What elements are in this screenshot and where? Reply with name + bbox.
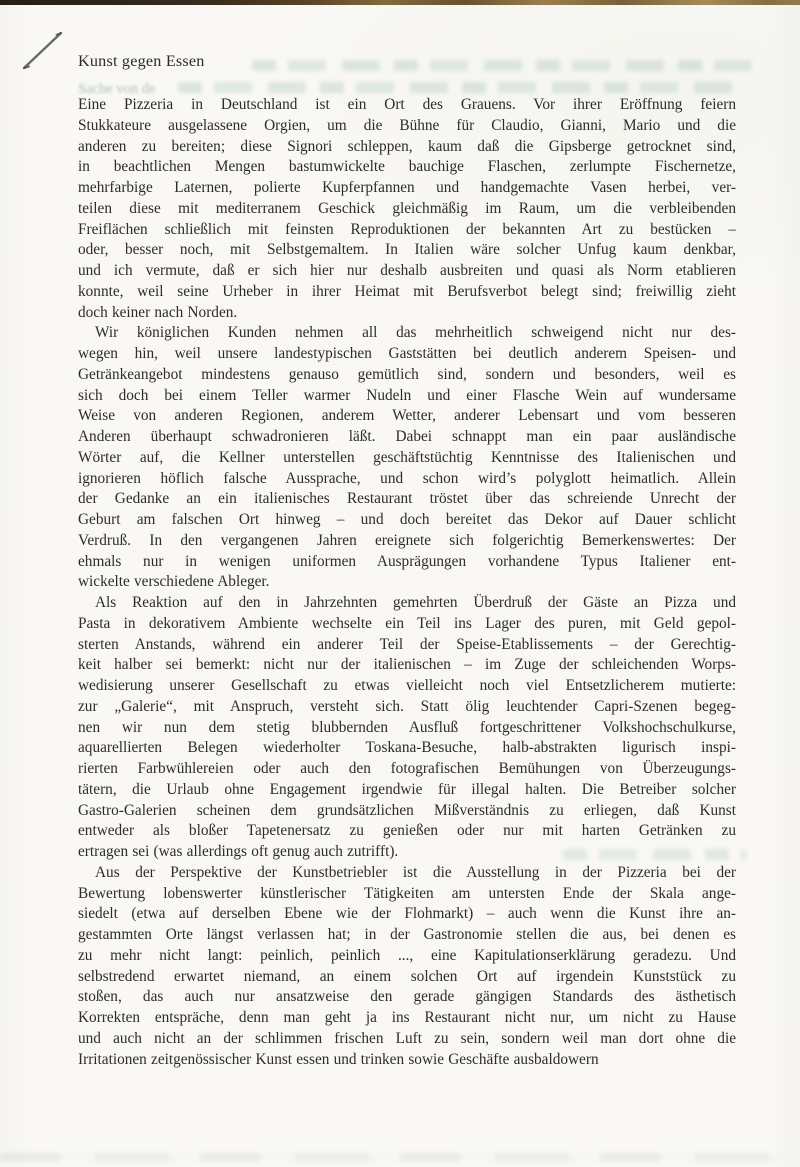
text-line: Aus der Perspektive der Kunstbetriebler … <box>78 863 736 884</box>
text-line: Pasta in dekorativem Ambiente wechselte … <box>78 614 736 635</box>
bleedthrough-ghost-line <box>252 60 752 71</box>
text-line: stoßen, das auch nur ansatzweise den ger… <box>78 987 736 1008</box>
text-line: siedelt (etwa auf derselben Ebene wie de… <box>78 904 736 925</box>
text-line: tätern, die Urlaub ohne Engagement irgen… <box>78 780 736 801</box>
text-line: wedisierung unserer Gesellschaft zu etwa… <box>78 676 736 697</box>
text-line: in beachtlichen Mengen bastumwickelte ba… <box>78 157 736 178</box>
text-line: anderen zu bereiten; diese Signori schle… <box>78 137 736 158</box>
text-line: rierten Farbwühlereien oder auch den fot… <box>78 759 736 780</box>
text-line: Gastro-Galerien scheinen dem grundsätzli… <box>78 801 736 822</box>
text-line: Als Reaktion auf den in Jahrzehnten geme… <box>78 593 736 614</box>
text-line: mehrfarbige Laternen, polierte Kupferpfa… <box>78 178 736 199</box>
text-line: Geburt am falschen Ort hinweg – und doch… <box>78 510 736 531</box>
text-line: Weise von anderen Regionen, anderem Wett… <box>78 406 736 427</box>
pen-mark-stroke <box>10 20 80 90</box>
page-title: Kunst gegen Essen <box>78 52 205 71</box>
scanned-document-page: Sache von de Kunst gegen Essen Eine Pizz… <box>0 0 800 1167</box>
paragraph: Als Reaktion auf den in Jahrzehnten geme… <box>78 593 736 863</box>
text-line: selbstredend erwartet niemand, an einem … <box>78 967 736 988</box>
text-line: ertragen sei (was allerdings oft genug a… <box>78 842 736 863</box>
paragraph: Eine Pizzeria in Deutschland ist ein Ort… <box>78 95 736 323</box>
text-line: zur „Galerie“, mit Anspruch, versteht si… <box>78 697 736 718</box>
text-line: Wörter auf, die Kellner unterstellen ges… <box>78 448 736 469</box>
text-line: doch keiner nach Norden. <box>78 303 736 324</box>
text-line: Stukkateure ausgelassene Orgien, um die … <box>78 116 736 137</box>
text-line: Korrekten entspräche, denn man geht ja i… <box>78 1008 736 1029</box>
scan-bottom-artifact <box>0 1153 792 1162</box>
text-line: nen wir nun dem stetig blubbernden Ausfl… <box>78 718 736 739</box>
text-line: aquarellierten Belegen wiederholter Tosk… <box>78 738 736 759</box>
text-line: teilen diese mit mediterranem Geschick g… <box>78 199 736 220</box>
body-text: Eine Pizzeria in Deutschland ist ein Ort… <box>78 95 736 1070</box>
text-line: und auch nicht an der schlimmen frischen… <box>78 1029 736 1050</box>
text-line: konnte, weil seine Urheber in ihrer Heim… <box>78 282 736 303</box>
text-line: ehmals nur in wenigen uniformen Ausprägu… <box>78 552 736 573</box>
text-line: Eine Pizzeria in Deutschland ist ein Ort… <box>78 95 736 116</box>
text-line: entweder als bloßer Tapetenersatz zu gen… <box>78 821 736 842</box>
text-line: oder, besser noch, mit Selbstgemaltem. I… <box>78 240 736 261</box>
text-line: zu mehr nicht langt: peinlich, peinlich … <box>78 946 736 967</box>
text-line: Irritationen zeitgenössischer Kunst esse… <box>78 1050 736 1071</box>
text-line: sterten Anstands, während ein anderer Te… <box>78 635 736 656</box>
text-line: Freiflächen schließlich mit feinsten Rep… <box>78 220 736 241</box>
text-line: wegen hin, weil unsere landestypischen G… <box>78 344 736 365</box>
paragraph: Wir königlichen Kunden nehmen all das me… <box>78 323 736 593</box>
text-line: Getränkeangebot mindestens genauso gemüt… <box>78 365 736 386</box>
text-line: keit halber sei bemerkt: nicht nur der i… <box>78 655 736 676</box>
paragraph: Aus der Perspektive der Kunstbetriebler … <box>78 863 736 1071</box>
text-line: und ich vermute, daß er sich hier nur de… <box>78 261 736 282</box>
scan-edge-artifact <box>0 0 800 5</box>
text-line: Anderen überhaupt schwadronieren läßt. D… <box>78 427 736 448</box>
bleedthrough-ghost-line <box>178 82 738 93</box>
text-line: gestammten Orte längst verlassen hat; in… <box>78 925 736 946</box>
text-line: der Gedanke an ein italienisches Restaur… <box>78 489 736 510</box>
text-line: Verdruß. In den vergangenen Jahren ereig… <box>78 531 736 552</box>
text-line: Wir königlichen Kunden nehmen all das me… <box>78 323 736 344</box>
text-line: ignorieren höflich falsche Aussprache, u… <box>78 469 736 490</box>
text-line: Bewertung lobenswerter künstlerischer Tä… <box>78 884 736 905</box>
text-line: wickelte verschiedene Ableger. <box>78 572 736 593</box>
text-line: sich doch bei einem Teller warmer Nudeln… <box>78 386 736 407</box>
